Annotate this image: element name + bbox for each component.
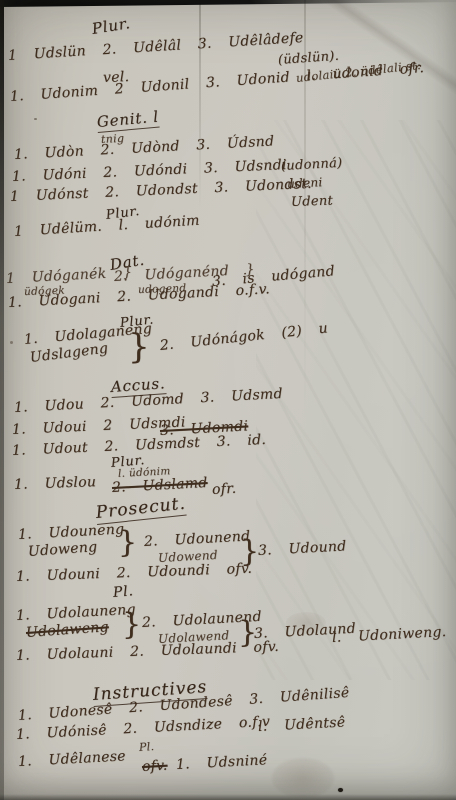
- section-heading-prosecutive: Prosecut.: [95, 494, 187, 525]
- marginal-note: (udonná): [281, 156, 343, 174]
- subsection-heading-plural: Pl.: [112, 583, 134, 601]
- brace-glyph: }: [128, 330, 150, 364]
- paradigm-row: 1. Udouni 2. Udoundi ofv.: [16, 561, 253, 585]
- paradigm-row: 1. Udolauni 2. Udolaundi ofv.: [16, 639, 280, 664]
- brace-glyph: }: [118, 528, 137, 558]
- marginal-note: (üdslün).: [277, 49, 339, 68]
- section-heading-genitive: Genit. l: [96, 108, 160, 133]
- subsection-heading-plural: Pl.: [139, 740, 155, 754]
- paradigm-row-variant: Udoweng: [27, 539, 97, 560]
- marginal-note: Udent: [291, 194, 334, 210]
- paradigm-row: l. Udêntsê: [258, 714, 346, 735]
- photo-edge-bottom: [0, 794, 456, 800]
- paradigm-row: 2. Udónágok (2) u: [159, 320, 329, 354]
- paradigm-row: 1. Udouneng: [18, 521, 125, 543]
- struck-text: ofv.: [142, 758, 168, 775]
- paradigm-row: 1. Udsniné: [176, 752, 268, 773]
- manuscript-photo: Plur. 1 Udslün 2. Udêlâl 3. Udêlâdefe (ü…: [0, 0, 456, 800]
- handwritten-text-layer: Plur. 1 Udslün 2. Udêlâl 3. Udêlâdefe (ü…: [0, 0, 456, 800]
- paradigm-row: ofr.: [212, 481, 237, 498]
- paradigm-row: 2. Udounend: [144, 528, 251, 550]
- paradigm-row: 1. Udonim 2 Udonil 3. Udonid l. udonid o…: [9, 60, 424, 105]
- paradigm-row: 1. Udêlanese: [18, 748, 127, 770]
- photo-edge-left: [0, 0, 4, 800]
- paradigm-row: 1. Udslou: [14, 474, 97, 493]
- section-heading-plural: Plur.: [91, 14, 132, 38]
- paradigm-row: 3. Udound: [258, 538, 347, 559]
- brace-glyph: }: [122, 610, 141, 640]
- paradigm-row: 1 Udslün 2. Udêlâl 3. Udêlâdefe: [8, 30, 304, 64]
